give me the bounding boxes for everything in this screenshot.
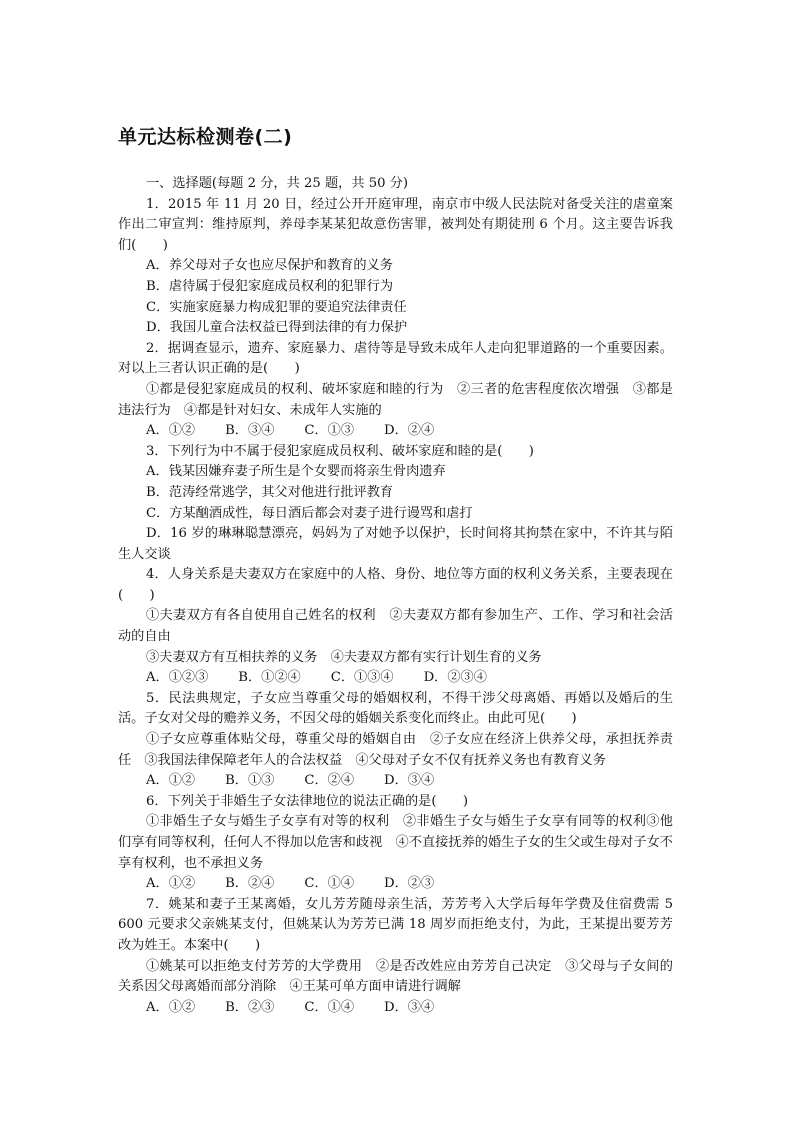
question-5-statements: ①子女应尊重体贴父母，尊重父母的婚姻自由 ②子女应在经济上供养父母，承担抚养责任… [118,730,673,771]
choice-b: B．②③ [225,998,274,1019]
choice-a: A．①② [146,771,195,792]
question-4-stem: 4．人身关系是夫妻双方在家庭中的人格、身份、地位等方面的权利义务关系，主要表现在… [118,565,673,606]
choice-a: A．①② [146,874,195,895]
question-3-option-b: B．范涛经常逃学，其父对他进行批评教育 [118,483,673,504]
choice-d: D．②④ [384,421,434,442]
choice-a: A．①② [146,998,195,1019]
question-5-stem: 5．民法典规定，子女应当尊重父母的婚姻权利，不得干涉父母离婚、再婚以及婚后的生活… [118,689,673,730]
choice-d: D．②③ [384,874,434,895]
question-1-option-d: D．我国儿童合法权益已得到法律的有力保护 [118,318,673,339]
question-6-statements: ①非婚生子女与婚生子女享有对等的权利 ②非婚生子女与婚生子女享有同等的权利③他们… [118,812,673,874]
choice-b: B．①③ [225,771,274,792]
question-4-choices: A．①②③B．①②④C．①③④D．②③④ [118,668,673,689]
question-7-statements: ①姚某可以拒绝支付芳芳的大学费用 ②是否改姓应由芳芳自己决定 ③父母与子女间的关… [118,957,673,998]
choice-d: D．③④ [384,771,434,792]
choice-c: C．①③④ [331,668,394,689]
choice-c: C．①④ [304,998,354,1019]
question-3-option-d: D．16 岁的琳琳聪慧漂亮，妈妈为了对她予以保护，长时间将其拘禁在家中，不许其与… [118,524,673,565]
question-6-choices: A．①②B．②④C．①④D．②③ [118,874,673,895]
question-4-statements-1: ①夫妻双方有各自使用自己姓名的权利 ②夫妻双方都有参加生产、工作、学习和社会活动… [118,606,673,647]
question-2-choices: A．①②B．③④C．①③D．②④ [118,421,673,442]
question-2-statements: ①都是侵犯家庭成员的权利、破坏家庭和睦的行为 ②三者的危害程度依次增强 ③都是违… [118,380,673,421]
question-7-stem: 7．姚某和妻子王某离婚，女儿芳芳随母亲生活，芳芳考入大学后每年学费及住宿费需 5… [118,895,673,957]
question-2-stem: 2．据调查显示，遗弃、家庭暴力、虐待等是导致未成年人走向犯罪道路的一个重要因素。… [118,339,673,380]
question-1-option-a: A．养父母对子女也应尽保护和教育的义务 [118,256,673,277]
question-5-choices: A．①②B．①③C．②④D．③④ [118,771,673,792]
question-6-stem: 6．下列关于非婚生子女法律地位的说法正确的是( ) [118,792,673,813]
document-body: 一、选择题(每题 2 分，共 25 题，共 50 分) 1．2015 年 11 … [118,174,673,1018]
choice-b: B．①②④ [238,668,300,689]
choice-a: A．①② [146,421,195,442]
section-heading: 一、选择题(每题 2 分，共 25 题，共 50 分) [118,174,673,195]
question-7-choices: A．①②B．②③C．①④D．③④ [118,998,673,1019]
page-title: 单元达标检测卷(二) [118,122,292,149]
question-1-stem: 1．2015 年 11 月 20 日，经过公开开庭审理，南京市中级人民法院对备受… [118,195,673,257]
question-4-statements-2: ③夫妻双方有互相扶养的义务 ④夫妻双方都有实行计划生育的义务 [118,648,673,669]
choice-c: C．①④ [304,874,354,895]
choice-c: C．②④ [304,771,354,792]
choice-b: B．②④ [225,874,274,895]
choice-c: C．①③ [304,421,354,442]
question-3-option-a: A．钱某因嫌弃妻子所生是个女婴而将亲生骨肉遗弃 [118,462,673,483]
choice-a: A．①②③ [146,668,208,689]
choice-b: B．③④ [225,421,274,442]
question-3-option-c: C．方某酗酒成性，每日酒后都会对妻子进行谩骂和虐打 [118,504,673,525]
question-1-option-b: B．虐待属于侵犯家庭成员权利的犯罪行为 [118,277,673,298]
choice-d: D．③④ [384,998,434,1019]
question-3-stem: 3．下列行为中不属于侵犯家庭成员权利、破坏家庭和睦的是( ) [118,442,673,463]
question-1-option-c: C．实施家庭暴力构成犯罪的要追究法律责任 [118,298,673,319]
choice-d: D．②③④ [424,668,487,689]
